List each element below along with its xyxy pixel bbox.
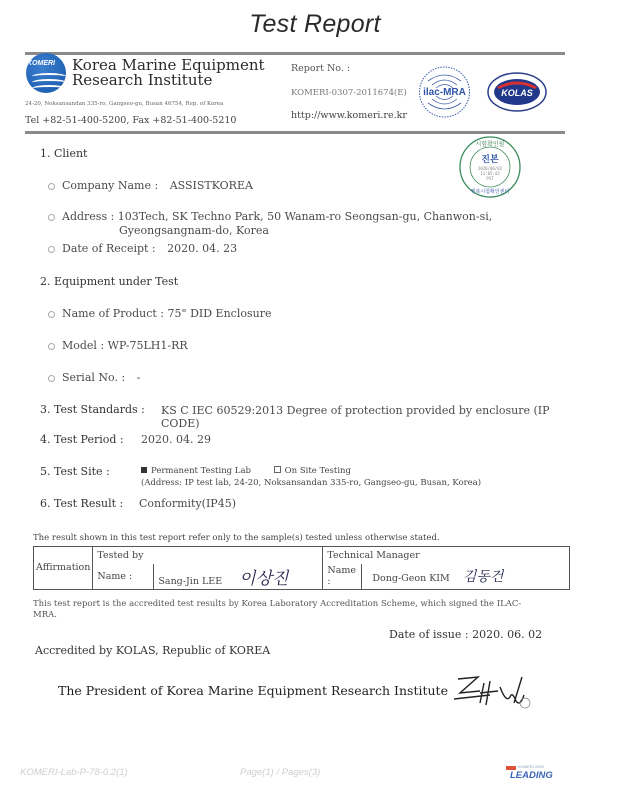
checkbox-checked-icon <box>141 467 147 473</box>
model-value: WP-75LH1-RR <box>108 339 188 352</box>
org-tel-fax: Tel +82-51-400-5200, Fax +82-51-400-5210 <box>25 115 236 126</box>
disclaimer: The result shown in this test report ref… <box>33 533 440 543</box>
tested-by-label: Tested by <box>93 547 323 564</box>
kolas-logo: KOLAS <box>487 72 547 112</box>
affirmation-table: Affirmation Tested by Technical Manager … <box>33 546 570 590</box>
manager-name-label: Name : <box>323 564 362 590</box>
product-row: Name of Product : 75" DID Enclosure <box>48 307 271 320</box>
product-label: Name of Product : <box>62 307 164 320</box>
verification-stamp: 시험확인필 진본 2020/06/02 11:05:43 PST 행복시험확인센… <box>458 135 522 199</box>
bullet-icon <box>48 246 55 253</box>
address-label: Address : <box>62 210 114 223</box>
leading-logo-small: KOMERI 2030 <box>518 764 544 769</box>
serial-label: Serial No. : <box>62 371 125 384</box>
company-row: Company Name : ASSISTKOREA <box>48 179 253 192</box>
client-heading: 1. Client <box>40 147 87 160</box>
address-line2: Gyeongsangnam-do, Korea <box>119 224 269 237</box>
leading-logo: KOMERI 2030 LEADING <box>506 764 558 784</box>
equipment-heading: 2. Equipment under Test <box>40 275 178 288</box>
bullet-icon <box>48 183 55 190</box>
standards-line2: CODE) <box>161 417 200 430</box>
svg-text:PST: PST <box>486 176 494 181</box>
manager-role-label: Technical Manager <box>323 547 570 564</box>
serial-row: Serial No. : - <box>48 371 140 384</box>
company-label: Company Name : <box>62 179 158 192</box>
site-options: Permanent Testing Lab On Site Testing <box>141 466 351 476</box>
date-of-issue: Date of issue : 2020. 06. 02 <box>389 628 542 641</box>
bullet-icon <box>48 311 55 318</box>
svg-text:진본: 진본 <box>481 153 499 165</box>
bullet-icon <box>48 214 55 221</box>
address-row: Address : 103Tech, SK Techno Park, 50 Wa… <box>48 210 492 223</box>
manager-name: Dong-Geon KIM <box>372 573 449 584</box>
model-label: Model : <box>62 339 104 352</box>
ilac-mra-logo: ilac-MRA <box>418 63 471 121</box>
address-line1: 103Tech, SK Techno Park, 50 Wanam-ro Seo… <box>118 210 492 223</box>
svg-text:시험확인필: 시험확인필 <box>476 140 505 148</box>
header-top-rule <box>25 52 565 55</box>
accreditation-note-line2: MRA. <box>33 610 57 620</box>
bullet-icon <box>48 343 55 350</box>
company-value: ASSISTKOREA <box>170 179 253 192</box>
period-label: 4. Test Period : <box>40 433 124 446</box>
komeri-logo: KOMERI <box>26 53 66 93</box>
tester-name: Sang-Jin LEE <box>158 576 222 587</box>
result-value: Conformity(IP45) <box>139 497 236 510</box>
svg-text:행복시험확인센터: 행복시험확인센터 <box>471 188 510 195</box>
tester-name-label: Name : <box>93 564 154 590</box>
report-no-label: Report No. : <box>291 63 350 74</box>
president-line: The President of Korea Marine Equipment … <box>58 683 448 698</box>
page-indicator: Page(1) / Pages(3) <box>240 767 320 778</box>
form-number: KOMERI-Lab-P-78-0.2(1) <box>20 767 128 778</box>
receipt-value: 2020. 04. 23 <box>167 242 237 255</box>
standards-label: 3. Test Standards : <box>40 403 145 416</box>
site-option-permanent: Permanent Testing Lab <box>151 466 251 476</box>
tester-name-cell: Sang-Jin LEE 이상진 <box>154 564 323 590</box>
manager-signature: 김동건 <box>463 569 504 585</box>
svg-text:ilac-MRA: ilac-MRA <box>423 87 466 98</box>
president-signature <box>450 673 535 713</box>
leading-logo-text: LEADING <box>510 770 553 781</box>
tester-signature: 이상진 <box>239 569 288 589</box>
site-option-onsite: On Site Testing <box>285 466 351 476</box>
result-label: 6. Test Result : <box>40 497 123 510</box>
org-url: http://www.komeri.re.kr <box>291 110 407 121</box>
org-name-line2: Research Institute <box>72 73 265 88</box>
receipt-label: Date of Receipt : <box>62 242 156 255</box>
site-label: 5. Test Site : <box>40 465 110 478</box>
checkbox-unchecked-icon <box>274 466 281 473</box>
report-no-value: KOMERI-0307-2011674(E) <box>291 88 407 98</box>
receipt-row: Date of Receipt : 2020. 04. 23 <box>48 242 237 255</box>
site-address: (Address: IP test lab, 24-20, Noksansand… <box>141 478 481 488</box>
org-name: Korea Marine Equipment Research Institut… <box>72 58 265 88</box>
serial-value: - <box>137 371 141 384</box>
manager-name-cell: Dong-Geon KIM 김동건 <box>362 564 570 590</box>
header-bottom-rule <box>25 131 565 134</box>
svg-text:KOLAS: KOLAS <box>501 88 533 98</box>
accreditation-note-line1: This test report is the accredited test … <box>33 599 521 609</box>
bullet-icon <box>48 375 55 382</box>
logo-text: KOMERI <box>27 60 55 67</box>
model-row: Model : WP-75LH1-RR <box>48 339 188 352</box>
product-value: 75" DID Enclosure <box>168 307 272 320</box>
standards-line1: KS C IEC 60529:2013 Degree of protection… <box>161 404 550 417</box>
document-title: Test Report <box>0 10 630 39</box>
org-address: 24-20, Noksansandan 335-ro, Gangseo-gu, … <box>25 101 223 107</box>
period-value: 2020. 04. 29 <box>141 433 211 446</box>
accredited-by: Accredited by KOLAS, Republic of KOREA <box>35 644 270 657</box>
affirmation-label: Affirmation <box>34 547 93 590</box>
